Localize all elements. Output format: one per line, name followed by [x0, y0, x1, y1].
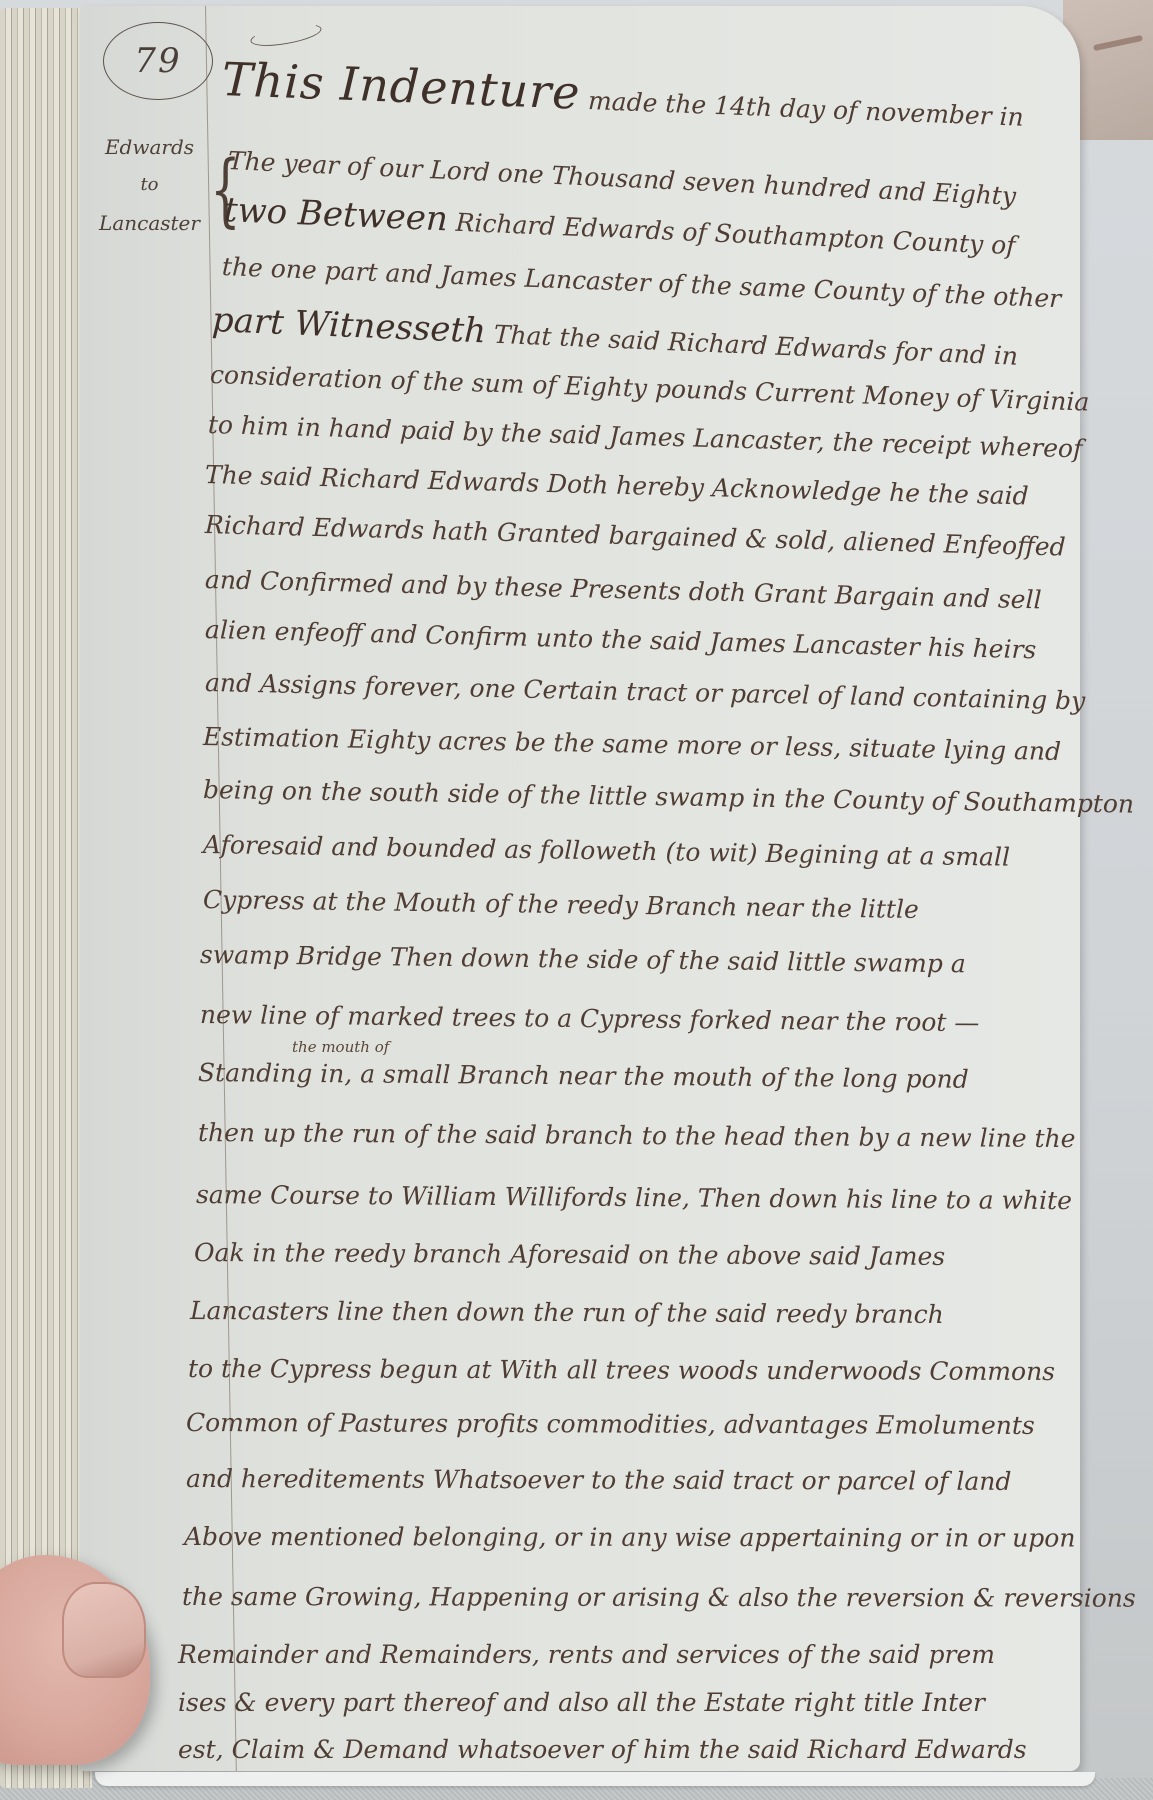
text-line: alien enfeoff and Confirm unto the said … [205, 615, 1037, 664]
text-line: ises & every part thereof and also all t… [178, 1688, 985, 1717]
line-text: Above mentioned belonging, or in any wis… [184, 1522, 1076, 1553]
line-text: That the said Richard Edwards for and in [493, 320, 1018, 371]
text-line: and Confirmed and by these Presents doth… [205, 565, 1042, 614]
text-line: Estimation Eighty acres be the same more… [203, 722, 1062, 766]
line-text: Lancasters line then down the run of the… [190, 1296, 944, 1329]
text-line: the same Growing, Happening or arising &… [182, 1582, 1136, 1613]
text-line: to him in hand paid by the said James La… [208, 410, 1083, 463]
line-text: the same Growing, Happening or arising &… [182, 1582, 1136, 1613]
text-line: the one part and James Lancaster of the … [221, 252, 1061, 313]
line-text: alien enfeoff and Confirm unto the said … [205, 615, 1037, 664]
text-line: Common of Pastures profits commodities, … [186, 1408, 1035, 1440]
text-line: est, Claim & Demand whatsoever of him th… [178, 1735, 1027, 1764]
line-text: Richard Edwards hath Granted bargained &… [205, 510, 1066, 562]
line-text: same Course to William Willifords line, … [196, 1180, 1072, 1215]
line-text: to the Cypress begun at With all trees w… [188, 1354, 1055, 1386]
line-text: Remainder and Remainders, rents and serv… [178, 1640, 995, 1669]
text-line: being on the south side of the little sw… [203, 775, 1134, 819]
interlinear-insertion: the mouth of [292, 1038, 389, 1056]
line-text: Estimation Eighty acres be the same more… [203, 722, 1062, 766]
text-line: Oak in the reedy branch Aforesaid on the… [194, 1238, 945, 1271]
text-line: Aforesaid and bounded as followeth (to w… [203, 830, 1010, 872]
deed-text: This Indenture made the 14th day of nove… [0, 0, 1153, 1800]
line-text: and Assigns forever, one Certain tract o… [205, 668, 1086, 715]
line-text: Oak in the reedy branch Aforesaid on the… [194, 1238, 945, 1271]
line-text: then up the run of the said branch to th… [198, 1118, 1076, 1153]
line-text: The said Richard Edwards Doth hereby Ack… [205, 460, 1029, 511]
text-line: This Indenture made the 14th day of nove… [221, 52, 1025, 137]
line-text: Common of Pastures profits commodities, … [186, 1408, 1035, 1440]
line-text: and Confirmed and by these Presents doth… [205, 565, 1042, 614]
text-line: Remainder and Remainders, rents and serv… [178, 1640, 995, 1669]
text-line: Above mentioned belonging, or in any wis… [184, 1522, 1076, 1553]
text-line: part Witnesseth That the said Richard Ed… [211, 300, 1019, 374]
text-line: Richard Edwards hath Granted bargained &… [205, 510, 1066, 562]
line-text: Standing in, a small Branch near the mou… [198, 1058, 969, 1094]
line-text: ises & every part thereof and also all t… [178, 1688, 985, 1717]
text-line: Standing in, a small Branch near the mou… [198, 1058, 969, 1094]
text-line: swamp Bridge Then down the side of the s… [200, 940, 966, 978]
line-text: being on the south side of the little sw… [203, 775, 1134, 819]
text-line: new line of marked trees to a Cypress fo… [200, 1000, 980, 1037]
line-text: Cypress at the Mouth of the reedy Branch… [203, 885, 919, 924]
text-line: and Assigns forever, one Certain tract o… [205, 668, 1086, 715]
line-text: and hereditements Whatsoever to the said… [186, 1464, 1012, 1496]
line-text: made the 14th day of november in [588, 86, 1025, 132]
line-text: Richard Edwards of Southampton County of [455, 208, 1016, 260]
keyword-witnesseth: part Witnesseth [211, 300, 487, 351]
text-line: same Course to William Willifords line, … [196, 1180, 1072, 1215]
keyword-between: two Between [223, 190, 449, 239]
line-text: the one part and James Lancaster of the … [221, 252, 1061, 313]
text-line: then up the run of the said branch to th… [198, 1118, 1076, 1153]
thumbnail-fingernail [62, 1582, 146, 1678]
text-line: The said Richard Edwards Doth hereby Ack… [205, 460, 1029, 511]
line-text: to him in hand paid by the said James La… [208, 410, 1083, 463]
line-text: new line of marked trees to a Cypress fo… [200, 1000, 980, 1037]
line-text: Aforesaid and bounded as followeth (to w… [203, 830, 1010, 872]
line-text: swamp Bridge Then down the side of the s… [200, 940, 966, 978]
text-line: and hereditements Whatsoever to the said… [186, 1464, 1012, 1496]
heading-this-indenture: This Indenture [221, 52, 581, 120]
text-line: to the Cypress begun at With all trees w… [188, 1354, 1055, 1386]
line-text: est, Claim & Demand whatsoever of him th… [178, 1735, 1027, 1764]
text-line: Lancasters line then down the run of the… [190, 1296, 944, 1329]
text-line: Cypress at the Mouth of the reedy Branch… [203, 885, 919, 924]
